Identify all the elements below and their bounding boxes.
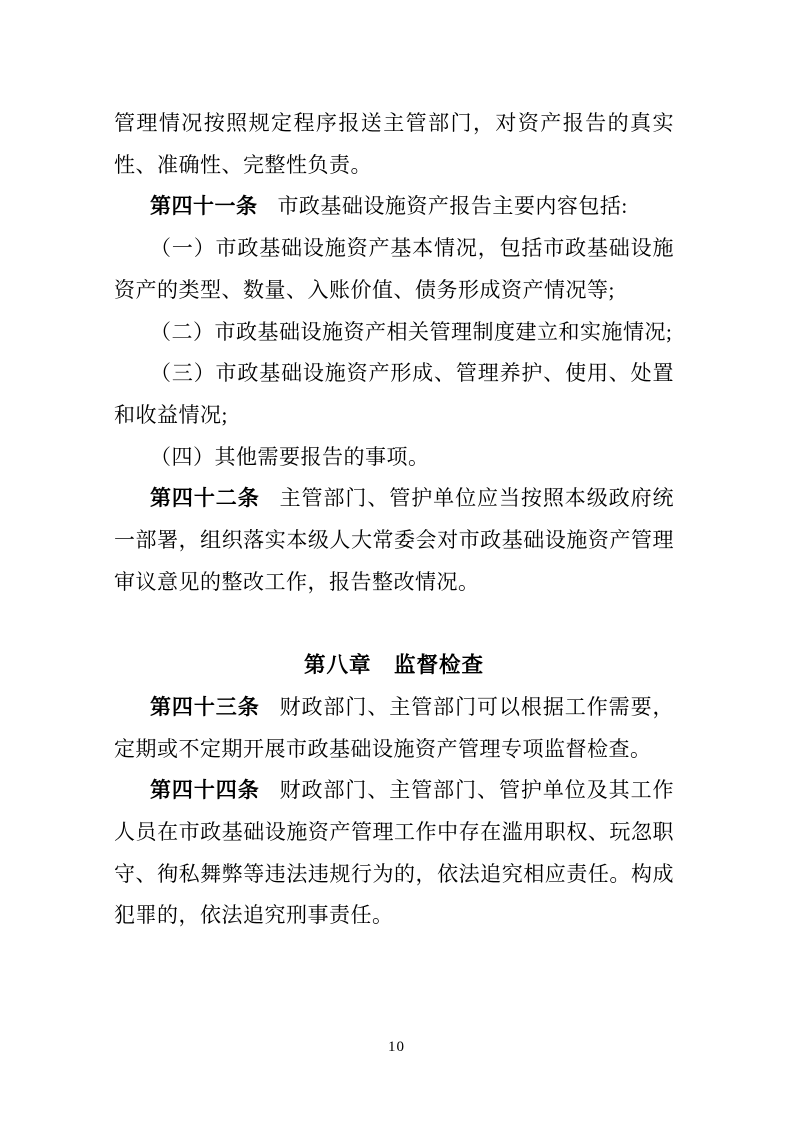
paragraph-text: 市政基础设施资产报告主要内容包括: [277,194,627,218]
paragraph-text: （三）市政基础设施资产形成、管理养护、使用、处置和收益情况; [114,361,674,427]
article-42-number: 第四十二条 [150,486,260,510]
paragraph-text: （一）市政基础设施资产基本情况，包括市政基础设施资产的类型、数量、入账价值、债务… [114,236,674,302]
list-item-4: （四）其他需要报告的事项。 [114,437,674,479]
document-body: 管理情况按照规定程序报送主管部门，对资产报告的真实性、准确性、完整性负责。 第四… [114,103,674,937]
paragraph-text: （二）市政基础设施资产相关管理制度建立和实施情况; [150,320,672,344]
list-item-2: （二）市政基础设施资产相关管理制度建立和实施情况; [114,312,674,354]
page-number: 10 [0,1038,793,1056]
paragraph-text: 管理情况按照规定程序报送主管部门，对资产报告的真实性、准确性、完整性负责。 [114,111,674,177]
article-42-paragraph: 第四十二条主管部门、管护单位应当按照本级政府统一部署，组织落实本级人大常委会对市… [114,478,674,603]
document-page: 管理情况按照规定程序报送主管部门，对资产报告的真实性、准确性、完整性负责。 第四… [0,0,793,1123]
article-44-paragraph: 第四十四条财政部门、主管部门、管护单位及其工作人员在市政基础设施资产管理工作中存… [114,770,674,937]
list-item-1: （一）市政基础设施资产基本情况，包括市政基础设施资产的类型、数量、入账价值、债务… [114,228,674,311]
list-item-3: （三）市政基础设施资产形成、管理养护、使用、处置和收益情况; [114,353,674,436]
paragraph-continuation: 管理情况按照规定程序报送主管部门，对资产报告的真实性、准确性、完整性负责。 [114,103,674,186]
article-43-number: 第四十三条 [150,695,260,719]
article-43-paragraph: 第四十三条财政部门、主管部门可以根据工作需要，定期或不定期开展市政基础设施资产管… [114,687,674,770]
chapter-heading: 第八章 监督检查 [114,645,674,687]
paragraph-text: （四）其他需要报告的事项。 [150,445,430,469]
article-41-number: 第四十一条 [150,194,258,218]
article-44-number: 第四十四条 [150,778,260,802]
article-41-paragraph: 第四十一条市政基础设施资产报告主要内容包括: [114,186,674,228]
